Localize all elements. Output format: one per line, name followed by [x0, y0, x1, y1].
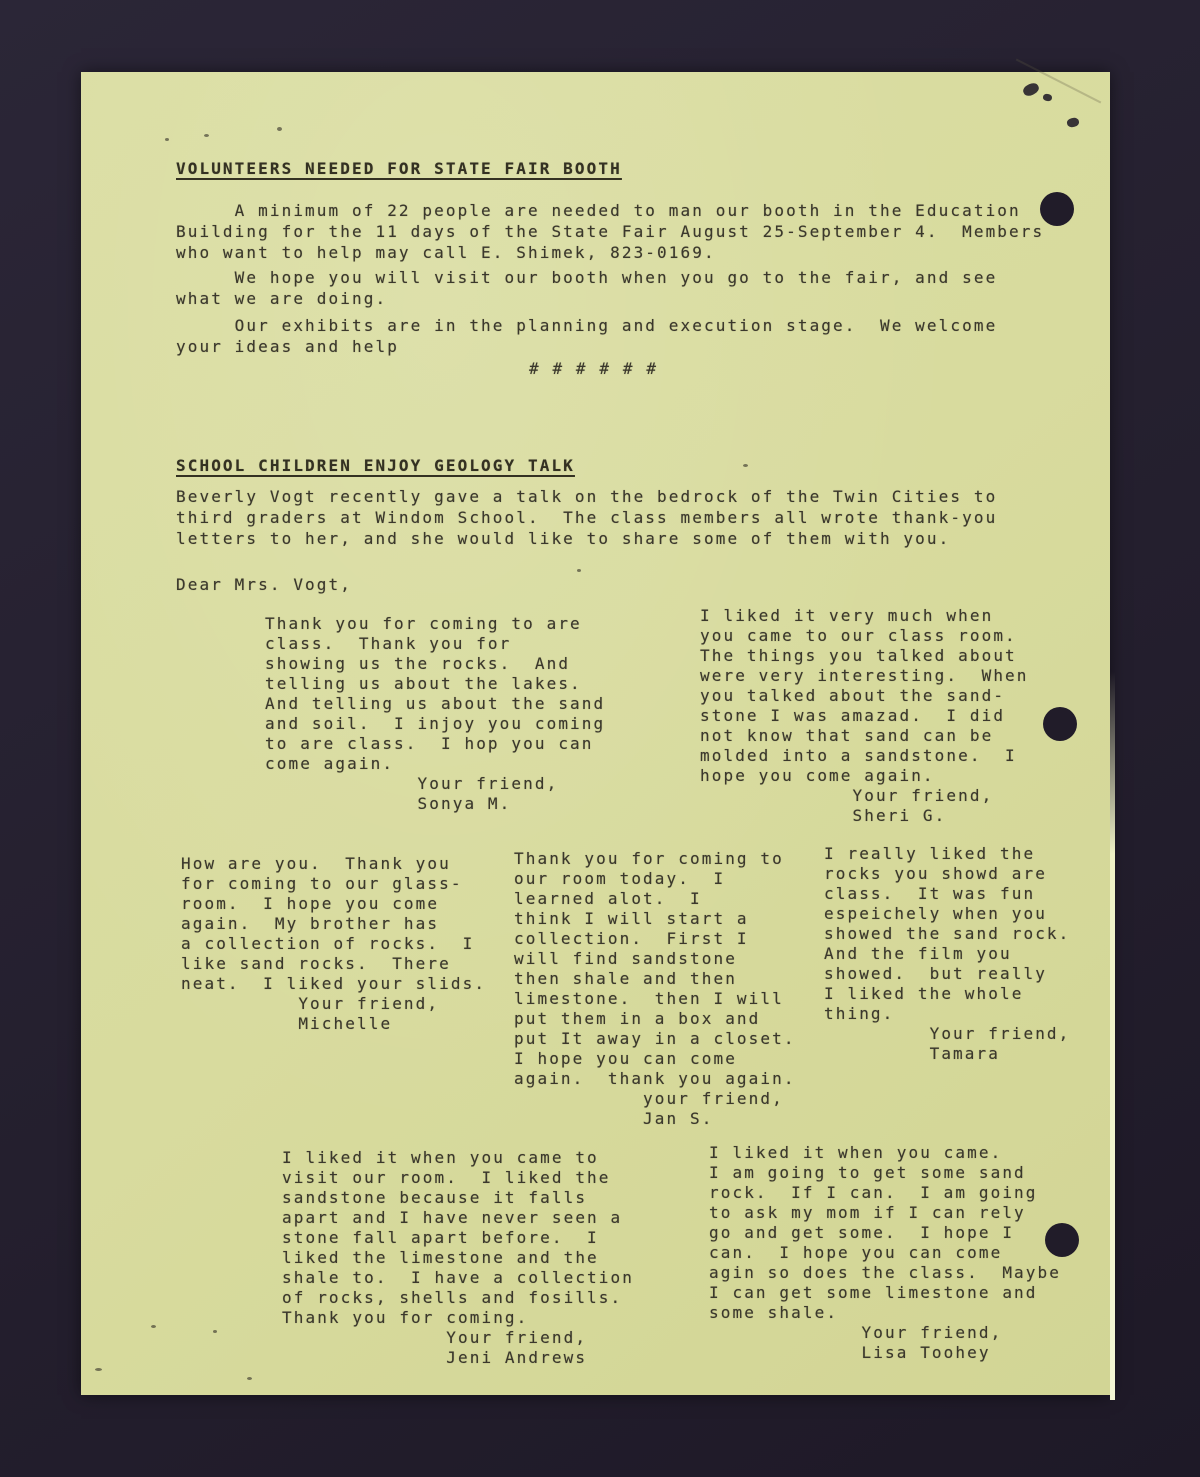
- paper-speck: [204, 134, 209, 137]
- letter-sonya: Thank you for coming to are class. Thank…: [265, 614, 605, 814]
- paper-speck: [213, 1330, 217, 1333]
- hash-divider: # # # # # #: [529, 358, 658, 379]
- geology-intro: Beverly Vogt recently gave a talk on the…: [176, 486, 997, 549]
- letter-jeni: I liked it when you came to visit our ro…: [282, 1148, 634, 1368]
- geology-heading: SCHOOL CHILDREN ENJOY GEOLOGY TALK: [176, 455, 575, 476]
- paper-speck: [165, 138, 169, 141]
- letter-michelle: How are you. Thank you for coming to our…: [181, 854, 486, 1034]
- punch-hole-middle: [1043, 707, 1077, 741]
- paper-crease: [1016, 59, 1102, 104]
- volunteers-paragraph-1: A minimum of 22 people are needed to man…: [176, 200, 1044, 263]
- volunteers-paragraph-3: Our exhibits are in the planning and exe…: [176, 315, 997, 357]
- paper-edge-highlight: [1110, 672, 1115, 1400]
- letter-jan: Thank you for coming to our room today. …: [514, 849, 796, 1129]
- volunteers-paragraph-2: We hope you will visit our booth when yo…: [176, 267, 997, 309]
- paper-speck: [577, 569, 581, 572]
- letter-tamara: I really liked the rocks you showd are c…: [824, 844, 1070, 1064]
- paper-speck: [95, 1368, 102, 1371]
- staple-tear-mark: [1021, 81, 1040, 98]
- punch-hole-bottom: [1045, 1223, 1079, 1257]
- newsletter-page: VOLUNTEERS NEEDED FOR STATE FAIR BOOTH A…: [81, 72, 1110, 1395]
- letter-lisa: I liked it when you came. I am going to …: [709, 1143, 1061, 1363]
- letter-salutation: Dear Mrs. Vogt,: [176, 574, 352, 595]
- scan-background: VOLUNTEERS NEEDED FOR STATE FAIR BOOTH A…: [0, 0, 1200, 1477]
- paper-speck: [277, 127, 282, 131]
- staple-tear-mark: [1042, 93, 1052, 101]
- paper-speck: [151, 1325, 156, 1328]
- paper-speck: [247, 1377, 252, 1380]
- paper-speck: [743, 464, 748, 467]
- staple-tear-mark: [1066, 117, 1080, 128]
- letter-sheri: I liked it very much when you came to ou…: [700, 606, 1029, 826]
- volunteers-heading: VOLUNTEERS NEEDED FOR STATE FAIR BOOTH: [176, 158, 622, 179]
- punch-hole-top: [1040, 192, 1074, 226]
